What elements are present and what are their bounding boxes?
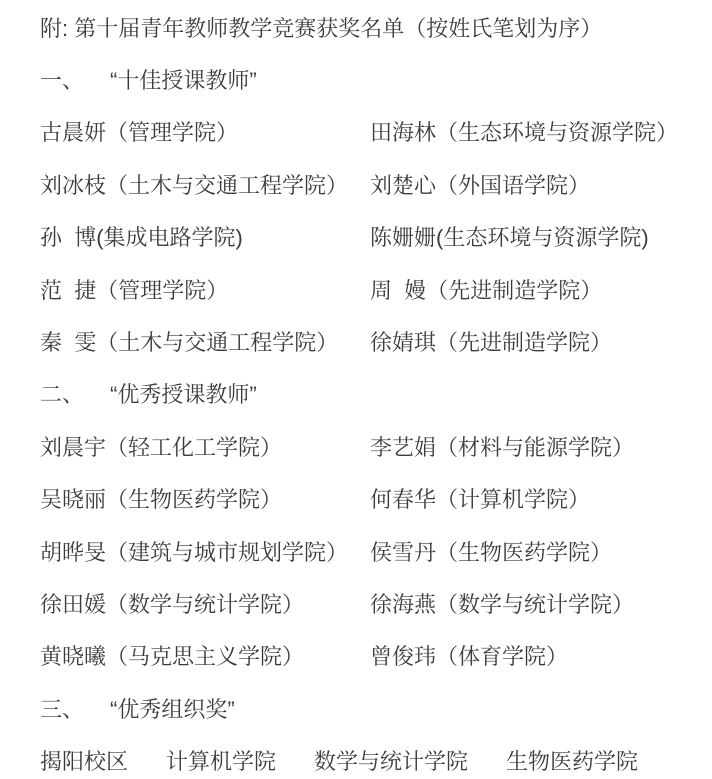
awardee-name-college: 刘冰枝（土木与交通工程学院）: [40, 169, 370, 200]
awardee-name-college: 徐海燕（数学与统计学院）: [370, 588, 702, 619]
awardee-name-college: 刘楚心（外国语学院）: [370, 169, 702, 200]
award-row: 刘冰枝（土木与交通工程学院） 刘楚心（外国语学院）: [40, 158, 702, 210]
section-1-number: 一、: [40, 64, 84, 95]
awardee-name-college: 田海林（生态环境与资源学院）: [370, 116, 702, 147]
organization-award-row: 揭阳校区 计算机学院 数学与统计学院 生物医药学院: [40, 734, 702, 779]
award-row: 秦 雯（土木与交通工程学院） 徐婧琪（先进制造学院）: [40, 315, 702, 367]
awardee-name-college: 范 捷（管理学院）: [40, 274, 370, 305]
award-row: 孙 博(集成电路学院) 陈姗姗(生态环境与资源学院): [40, 211, 702, 263]
awardee-name-college: 胡晔旻（建筑与城市规划学院）: [40, 536, 370, 567]
section-3-heading: 三、 “优秀组织奖”: [40, 682, 702, 734]
award-row: 徐田媛（数学与统计学院） 徐海燕（数学与统计学院）: [40, 577, 702, 629]
section-2-title: “优秀授课教师”: [110, 378, 257, 409]
awardee-name-college: 古晨妍（管理学院）: [40, 116, 370, 147]
org-award-winner: 数学与统计学院: [314, 745, 468, 776]
award-row: 范 捷（管理学院） 周 嫚（先进制造学院）: [40, 263, 702, 315]
award-list-document: 附: 第十届青年教师教学竞赛获奖名单（按姓氏笔划为序） 一、 “十佳授课教师” …: [0, 0, 712, 779]
org-award-winner: 计算机学院: [166, 745, 276, 776]
awardee-name-college: 曾俊玮（体育学院）: [370, 640, 702, 671]
awardee-name-college: 徐田媛（数学与统计学院）: [40, 588, 370, 619]
awardee-name-college: 吴晓丽（生物医药学院）: [40, 483, 370, 514]
awardee-name-college: 侯雪丹（生物医药学院）: [370, 536, 702, 567]
awardee-name-college: 李艺娟（材料与能源学院）: [370, 431, 702, 462]
section-3-number: 三、: [40, 693, 84, 724]
award-row: 黄晓曦（马克思主义学院） 曾俊玮（体育学院）: [40, 630, 702, 682]
section-1-heading: 一、 “十佳授课教师”: [40, 53, 702, 105]
awardee-name-college: 刘晨宇（轻工化工学院）: [40, 431, 370, 462]
section-2-number: 二、: [40, 378, 84, 409]
awardee-name-college: 孙 博(集成电路学院): [40, 221, 370, 252]
awardee-name-college: 何春华（计算机学院）: [370, 483, 702, 514]
document-title: 附: 第十届青年教师教学竞赛获奖名单（按姓氏笔划为序）: [40, 1, 702, 53]
award-row: 吴晓丽（生物医药学院） 何春华（计算机学院）: [40, 473, 702, 525]
awardee-name-college: 黄晓曦（马克思主义学院）: [40, 640, 370, 671]
awardee-name-college: 周 嫚（先进制造学院）: [370, 274, 702, 305]
org-award-winner: 揭阳校区: [40, 745, 128, 776]
awardee-name-college: 陈姗姗(生态环境与资源学院): [370, 221, 702, 252]
awardee-name-college: 秦 雯（土木与交通工程学院）: [40, 326, 370, 357]
award-row: 刘晨宇（轻工化工学院） 李艺娟（材料与能源学院）: [40, 420, 702, 472]
award-row: 古晨妍（管理学院） 田海林（生态环境与资源学院）: [40, 106, 702, 158]
org-award-winner: 生物医药学院: [506, 745, 638, 776]
section-2-heading: 二、 “优秀授课教师”: [40, 368, 702, 420]
award-row: 胡晔旻（建筑与城市规划学院） 侯雪丹（生物医药学院）: [40, 525, 702, 577]
section-3-title: “优秀组织奖”: [110, 693, 235, 724]
section-1-title: “十佳授课教师”: [110, 64, 257, 95]
awardee-name-college: 徐婧琪（先进制造学院）: [370, 326, 702, 357]
